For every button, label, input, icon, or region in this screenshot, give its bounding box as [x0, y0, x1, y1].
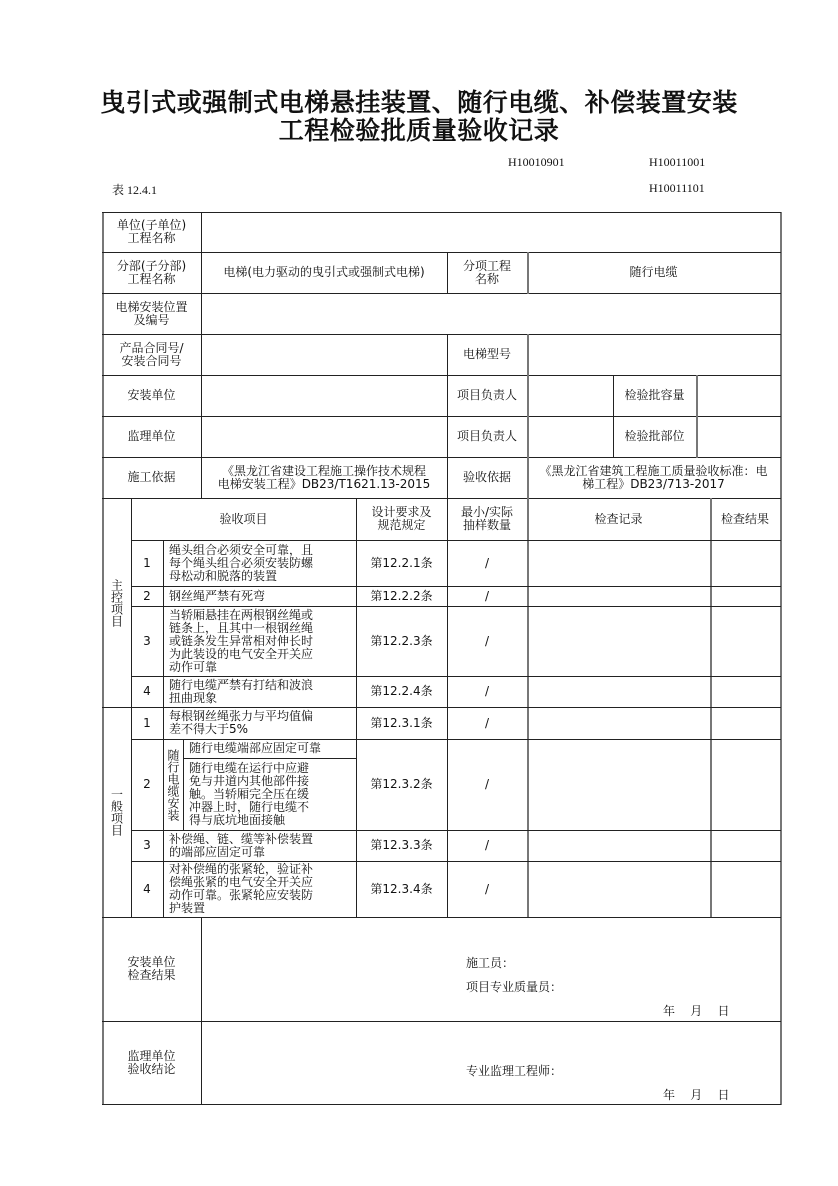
general-item-subitem: 随行电缆端部应固定可靠 [183, 739, 356, 758]
grid-line [780, 212, 782, 1105]
general-item-number: 1 [131, 707, 163, 739]
main-item-record-field[interactable] [527, 586, 710, 606]
elevator-model-label: 电梯型号 [447, 334, 527, 375]
general-item-result-field[interactable] [710, 739, 780, 830]
contract-number-label: 产品合同号/ 安装合同号 [102, 334, 201, 375]
installer-label: 安装单位 [102, 375, 201, 416]
installer-date: 年 月 日 [663, 1002, 730, 1019]
main-item-result-field[interactable] [710, 586, 780, 606]
supervisor-label: 监理单位 [102, 416, 201, 457]
elevator-location-label: 电梯安装位置 及编号 [102, 293, 201, 334]
main-item-clause: 第12.2.4条 [356, 676, 447, 707]
main-item-number: 2 [131, 586, 163, 606]
supervising-engineer-signature: 专业监理工程师： [466, 1062, 562, 1079]
column-header-item: 验收项目 [131, 498, 356, 540]
general-item-sample[interactable]: / [447, 739, 527, 830]
main-item-result-field[interactable] [710, 540, 780, 586]
main-item-sample[interactable]: / [447, 586, 527, 606]
batch-part-label: 检验批部位 [613, 416, 696, 457]
supervisor-conclusion-label: 监理单位 验收结论 [102, 1021, 201, 1104]
general-item-group-label: 随行电缆安装 [163, 739, 183, 830]
main-item-clause: 第12.2.1条 [356, 540, 447, 586]
supervisor-date: 年 月 日 [663, 1086, 730, 1103]
main-item-text: 当轿厢悬挂在两根钢丝绳或 链条上，且其中一根钢丝绳 或链条发生异常相对伸长时 为… [163, 606, 356, 676]
general-item-record-field[interactable] [527, 739, 710, 830]
column-header-result: 检查结果 [710, 498, 780, 540]
main-item-text: 绳头组合必须安全可靠，且 每个绳头组合必须安装防螺 母松动和脱落的装置 [163, 540, 356, 586]
column-header-sample: 最小/实际 抽样数量 [447, 498, 527, 540]
installer-check-label: 安装单位 检查结果 [102, 917, 201, 1021]
general-item-clause: 第12.3.3条 [356, 830, 447, 861]
main-item-number: 4 [131, 676, 163, 707]
grid-line [201, 917, 202, 1105]
supervisor-field[interactable] [201, 416, 447, 457]
construction-basis-label: 施工依据 [102, 457, 201, 498]
unit-name-field[interactable] [201, 212, 780, 252]
construction-worker-signature: 施工员： [466, 954, 514, 971]
construction-basis-value: 《黑龙江省建设工程施工操作技术规程 电梯安装工程》DB23/T1621.13-2… [201, 457, 447, 498]
general-item-clause: 第12.3.4条 [356, 861, 447, 917]
general-item-sample[interactable]: / [447, 861, 527, 917]
general-item-sample[interactable]: / [447, 707, 527, 739]
general-item-record-field[interactable] [527, 861, 710, 917]
main-item-clause: 第12.2.3条 [356, 606, 447, 676]
main-item-clause: 第12.2.2条 [356, 586, 447, 606]
acceptance-basis-value: 《黑龙江省建筑工程施工质量验收标准：电 梯工程》DB23/713-2017 [527, 457, 780, 498]
supervisor-manager-field[interactable] [527, 416, 613, 457]
unit-name-label: 单位(子单位) 工程名称 [102, 212, 201, 252]
main-item-text: 钢丝绳严禁有死弯 [163, 586, 356, 606]
project-manager-label: 项目负责人 [447, 375, 527, 416]
grid-line [102, 1021, 781, 1022]
main-item-result-field[interactable] [710, 606, 780, 676]
code-3: H10011101 [649, 181, 705, 196]
column-header-requirement: 设计要求及 规范规定 [356, 498, 447, 540]
general-item-number: 2 [131, 739, 163, 830]
general-item-record-field[interactable] [527, 830, 710, 861]
general-items-label: 一般项目 [102, 707, 131, 917]
main-item-number: 3 [131, 606, 163, 676]
subitem-name-field[interactable]: 随行电缆 [527, 252, 780, 293]
division-name-field[interactable]: 电梯(电力驱动的曳引式或强制式电梯) [201, 252, 447, 293]
document-title-line1: 曳引式或强制式电梯悬挂装置、随行电缆、补偿装置安装 [0, 88, 838, 117]
main-item-sample[interactable]: / [447, 676, 527, 707]
main-item-record-field[interactable] [527, 540, 710, 586]
grid-line [102, 917, 781, 918]
table-number: 表 12.4.1 [112, 181, 157, 198]
general-item-clause: 第12.3.2条 [356, 739, 447, 830]
general-item-result-field[interactable] [710, 861, 780, 917]
general-item-number: 3 [131, 830, 163, 861]
main-item-sample[interactable]: / [447, 606, 527, 676]
general-item-result-field[interactable] [710, 707, 780, 739]
general-item-sample[interactable]: / [447, 830, 527, 861]
general-item-subitem: 随行电缆在运行中应避 免与井道内其他部件接 触。当轿厢完全压在缓 冲器上时，随行… [183, 758, 356, 830]
batch-part-field[interactable] [696, 416, 780, 457]
general-item-result-field[interactable] [710, 830, 780, 861]
quality-inspector-signature: 项目专业质量员： [466, 978, 562, 995]
general-item-text: 补偿绳、链、缆等补偿装置 的端部应固定可靠 [163, 830, 356, 861]
main-item-result-field[interactable] [710, 676, 780, 707]
elevator-model-field[interactable] [527, 334, 780, 375]
main-control-items-label: 主控项目 [102, 498, 131, 707]
contract-number-field[interactable] [201, 334, 447, 375]
main-item-number: 1 [131, 540, 163, 586]
general-item-clause: 第12.3.1条 [356, 707, 447, 739]
subitem-name-label: 分项工程 名称 [447, 252, 527, 293]
code-1: H10010901 [508, 155, 565, 170]
main-item-text: 随行电缆严禁有打结和波浪 扭曲现象 [163, 676, 356, 707]
main-item-record-field[interactable] [527, 676, 710, 707]
main-item-record-field[interactable] [527, 606, 710, 676]
elevator-location-field[interactable] [201, 293, 780, 334]
main-item-sample[interactable]: / [447, 540, 527, 586]
code-2: H10011001 [649, 155, 705, 170]
general-item-text: 对补偿绳的张紧轮，验证补 偿绳张紧的电气安全开关应 动作可靠。张紧轮应安装防 护… [163, 861, 356, 917]
grid-line [102, 1104, 781, 1105]
division-name-label: 分部(子分部) 工程名称 [102, 252, 201, 293]
general-item-number: 4 [131, 861, 163, 917]
document-title-line2: 工程检验批质量验收记录 [0, 116, 838, 145]
column-header-record: 检查记录 [527, 498, 710, 540]
batch-capacity-label: 检验批容量 [613, 375, 696, 416]
acceptance-basis-label: 验收依据 [447, 457, 527, 498]
general-item-record-field[interactable] [527, 707, 710, 739]
batch-capacity-field[interactable] [696, 375, 780, 416]
project-manager-field[interactable] [527, 375, 613, 416]
installer-field[interactable] [201, 375, 447, 416]
supervisor-manager-label: 项目负责人 [447, 416, 527, 457]
general-item-text: 每根钢丝绳张力与平均值偏 差不得大于5% [163, 707, 356, 739]
